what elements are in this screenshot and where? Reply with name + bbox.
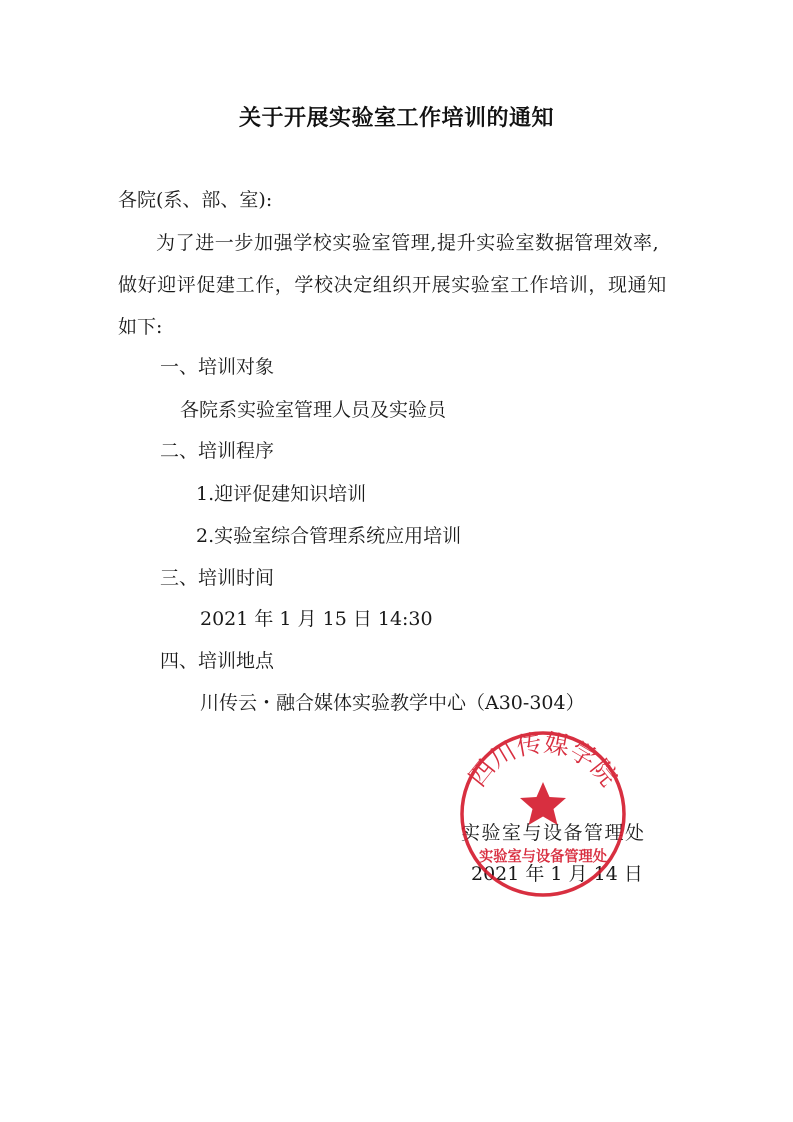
official-seal: 四川传媒学院 实验室与设备管理处 [456, 730, 630, 900]
section-heading-4: 四、培训地点 [160, 649, 274, 673]
seal-center-text: 实验室与设备管理处 [479, 847, 607, 865]
intro-line-2: 做好迎评促建工作，学校决定组织开展实验室工作培训，现通知 [118, 273, 667, 297]
section-item-1-1: 各院系实验室管理人员及实验员 [180, 398, 446, 422]
section-item-2-2: 2.实验室综合管理系统应用培训 [196, 524, 461, 548]
section-heading-1: 一、培训对象 [160, 355, 274, 379]
section-heading-2: 二、培训程序 [160, 439, 274, 463]
section-item-2-1: 1.迎评促建知识培训 [196, 482, 366, 506]
intro-line-3: 如下: [118, 315, 162, 339]
intro-line-1: 为了进一步加强学校实验室管理,提升实验室数据管理效率, [156, 231, 659, 255]
section-heading-3: 三、培训时间 [160, 566, 274, 590]
salutation: 各院(系、部、室): [118, 188, 272, 212]
section-item-4-1: 川传云・融合媒体实验教学中心（A30-304） [200, 691, 585, 715]
document-page: 关于开展实验室工作培训的通知 各院(系、部、室): 为了进一步加强学校实验室管理… [0, 0, 793, 1122]
document-title: 关于开展实验室工作培训的通知 [0, 101, 793, 132]
star-icon [520, 782, 566, 825]
section-item-3-1: 2021 年 1 月 15 日 14:30 [200, 607, 433, 631]
